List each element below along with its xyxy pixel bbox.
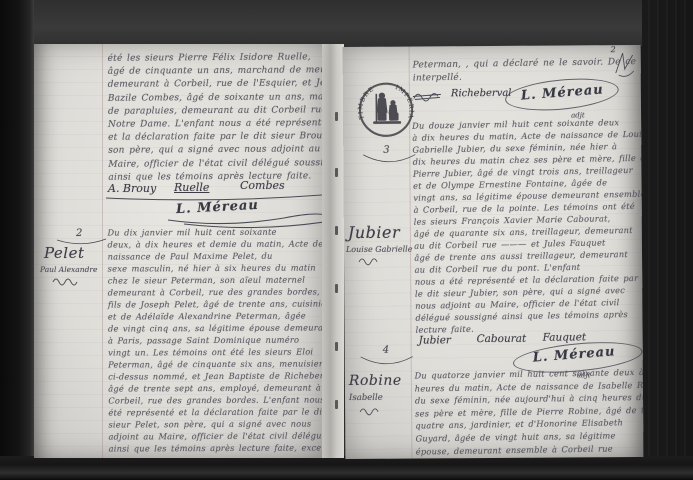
handwriting-line: Corbeil, rue des grandes bordes. L'enfan… — [108, 393, 320, 406]
margin-number-flourish-3 — [361, 153, 417, 165]
handwriting-line: épouse, demeurant ensemble à Corbeil rue — [416, 442, 644, 458]
scanned-register-spread: été les sieurs Pierre Félix Isidore Ruel… — [0, 0, 693, 480]
margin-name-pelet: Pelet — [44, 244, 85, 262]
signature-witness-richeberval: Richeberval — [451, 88, 512, 99]
svg-text:TIMBRE: TIMBRE — [357, 85, 376, 120]
handwriting-line: Peterman, âgé de cinquante six ans, menu… — [108, 357, 320, 370]
signature-witness-fauquet: Fauquet — [543, 331, 587, 343]
margin-rule-left-page — [102, 44, 103, 458]
binding-stitch — [335, 226, 338, 235]
margin-name-jubier: Jubier — [348, 223, 400, 242]
act-continuation-text: été les sieurs Pierre Félix Isidore Ruel… — [108, 51, 319, 184]
handwriting-line: naissance de Paul Maxime Pelet, du — [108, 249, 320, 262]
struck-word-scribble — [413, 90, 443, 102]
margin-firstnames-jubier: Louise Gabrielle — [346, 245, 413, 254]
handwriting-line: à Paris, passage Saint Dominique numéro — [108, 333, 320, 346]
handwriting-line: deux, à dix heures et demie du matin, Ac… — [107, 237, 319, 250]
act-pelet-text: Du dix janvier mil huit cent soixantedeu… — [107, 225, 320, 454]
handwriting-line: vingt un. Les témoins ont été les sieurs… — [108, 345, 320, 358]
signature-father-jubier: Jubier — [419, 334, 451, 346]
margin-squiggle-jubier — [358, 257, 384, 265]
binding-stitch — [335, 342, 338, 351]
margin-firstnames-robine: Isabelle — [349, 393, 383, 403]
signature-witness-ruelle: Ruelle — [174, 181, 209, 194]
handwriting-line: sieur Pelet, son père, qui a signé avec … — [108, 417, 320, 430]
margin-squiggle-pelet — [52, 277, 82, 285]
binding-stitch — [335, 284, 338, 293]
scan-background-top — [34, 0, 642, 46]
register-book: été les sieurs Pierre Félix Isidore Ruel… — [34, 44, 642, 458]
handwriting-line: et de Adélaïde Alexandrine Peterman, âgé… — [108, 309, 320, 322]
binding-stitch — [335, 168, 338, 177]
handwriting-line: de vingt cinq ans, sa légitime épouse de… — [108, 321, 320, 334]
handwriting-line: chez le sieur Peterman, son aïeul matern… — [108, 273, 320, 286]
handwriting-line: sexe masculin, né hier à six heures du m… — [108, 261, 320, 274]
scan-background-bottom — [0, 456, 693, 480]
handwriting-line: ci-dessus nommé, et Jean Baptiste de Ric… — [108, 369, 320, 382]
binding-stitch — [335, 400, 338, 409]
margin-firstnames-pelet: Paul Alexandre — [40, 265, 97, 274]
stamp-text-timbre: TIMBRE — [357, 85, 376, 120]
handwriting-line: âgé de trente sept ans, employé, demeura… — [108, 381, 320, 394]
handwriting-line: demeurant à Corbeil, rue des grandes bor… — [108, 285, 320, 298]
handwriting-line: Du dix janvier mil huit cent soixante — [107, 225, 319, 238]
stamp-figures — [373, 92, 401, 123]
margin-squiggle-robine — [359, 407, 385, 415]
page-left: été les sieurs Pierre Félix Isidore Ruel… — [34, 44, 322, 458]
handwriting-line: fils de Joseph Pelet, âgé de trente ans,… — [108, 297, 320, 310]
signature-witness-cabourat: Cabourat — [477, 333, 527, 345]
act-robine-text: Du quatorze janvier mil huit cent soixan… — [414, 366, 643, 458]
margin-number-flourish-4 — [359, 355, 415, 367]
handwriting-line: ainsi que les témoins après lecture fait… — [109, 441, 321, 454]
page-right: 2 Peterman, , qui a déclaré ne le savoir… — [343, 45, 644, 459]
margin-name-robine: Robine — [349, 373, 402, 389]
officer-paraph-left — [164, 212, 322, 226]
act-jubier-text: Du douze janvier mil huit cent soixante … — [412, 116, 642, 336]
handwriting-line: adjoint au Maire, officier de l'état civ… — [108, 429, 320, 442]
book-gutter — [322, 44, 344, 458]
timbre-imperial-stamp: TIMBRE IMPÉRIAL — [357, 81, 415, 139]
binding-stitch — [335, 112, 338, 121]
signature-witness-combes: Combes — [240, 179, 285, 192]
handwriting-line: été représenté et la déclaration faite p… — [108, 405, 320, 418]
scan-edge-left — [0, 0, 34, 480]
